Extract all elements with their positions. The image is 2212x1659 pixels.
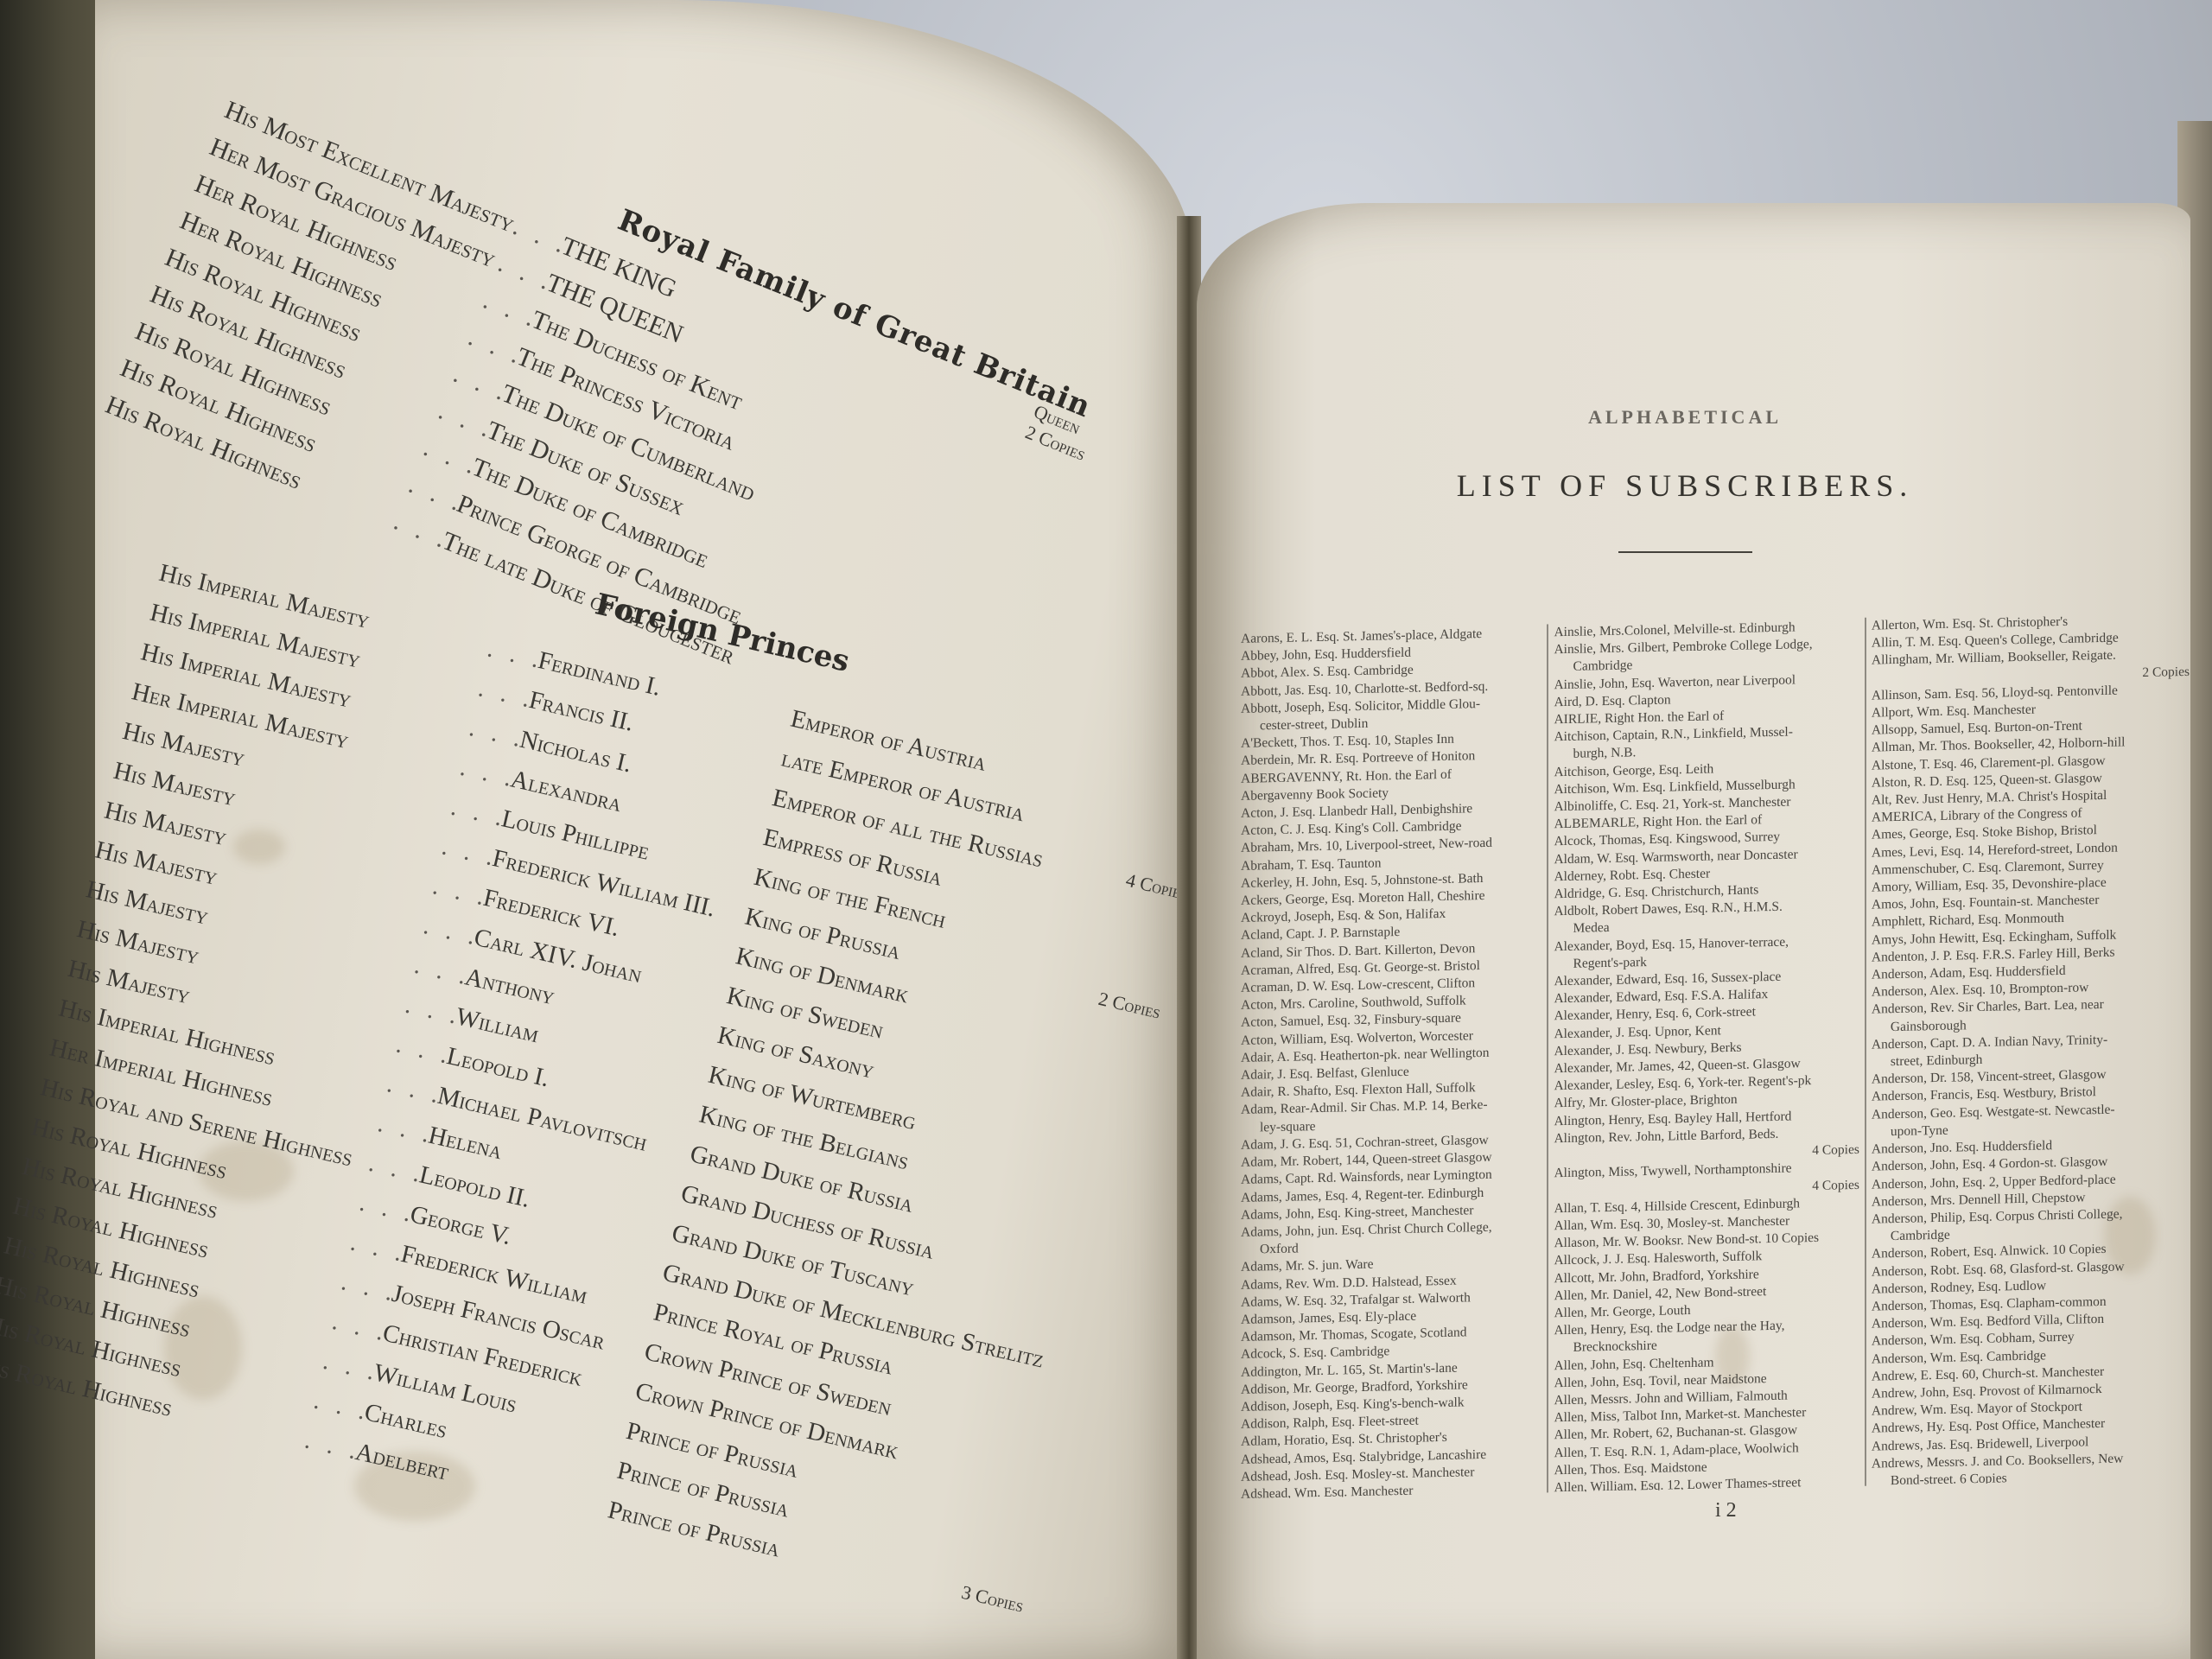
leader-dots: . . .: [411, 951, 468, 991]
leader-dots: . . .: [467, 714, 524, 753]
leader-dots: . . .: [302, 1426, 359, 1465]
leader-dots: . . .: [475, 674, 532, 714]
list-of-subscribers-title: LIST OF SUBSCRIBERS.: [1382, 467, 1987, 504]
subscriber-column-1: Aarons, E. L. Esq. St. James's-place, Al…: [1236, 624, 1547, 1499]
subscriber-columns: Aarons, E. L. Esq. St. James's-place, Al…: [1236, 611, 2195, 1499]
title-rule: [1618, 551, 1752, 553]
leader-dots: . . .: [485, 635, 542, 675]
leader-dots: . . .: [421, 912, 478, 951]
leader-dots: . . .: [385, 1070, 442, 1109]
leader-dots: . . .: [439, 833, 496, 873]
leader-dots: . . .: [311, 1387, 368, 1427]
leader-dots: . . .: [393, 1031, 450, 1071]
leader-dots: . . .: [321, 1347, 378, 1387]
alphabetical-kicker: ALPHABETICAL: [1382, 406, 1987, 429]
leader-dots: . . .: [347, 1228, 404, 1268]
page-signature-mark: i 2: [1715, 1499, 1737, 1522]
leader-dots: . . .: [366, 1149, 423, 1189]
leader-dots: . . .: [339, 1268, 396, 1307]
subscriber-column-3: Allerton, Wm. Esq. St. Christopher'sAlli…: [1865, 611, 2195, 1486]
leader-dots: . . .: [430, 872, 487, 912]
leader-dots: . . .: [457, 753, 514, 793]
leader-dots: . . .: [357, 1189, 414, 1229]
leader-dots: . . .: [403, 991, 460, 1031]
subscriber-column-2: Ainslie, Mrs.Colonel, Melville-st. Edinb…: [1547, 618, 1864, 1493]
subscribers-header: ALPHABETICAL LIST OF SUBSCRIBERS.: [1382, 406, 1987, 553]
entry-copies-note: 3 Copies: [959, 1580, 1026, 1617]
entry-copies-note: 2 Copies: [1096, 987, 1163, 1023]
leader-dots: . . .: [329, 1307, 386, 1347]
leader-dots: . . .: [375, 1109, 432, 1149]
leader-dots: . . .: [448, 793, 505, 833]
